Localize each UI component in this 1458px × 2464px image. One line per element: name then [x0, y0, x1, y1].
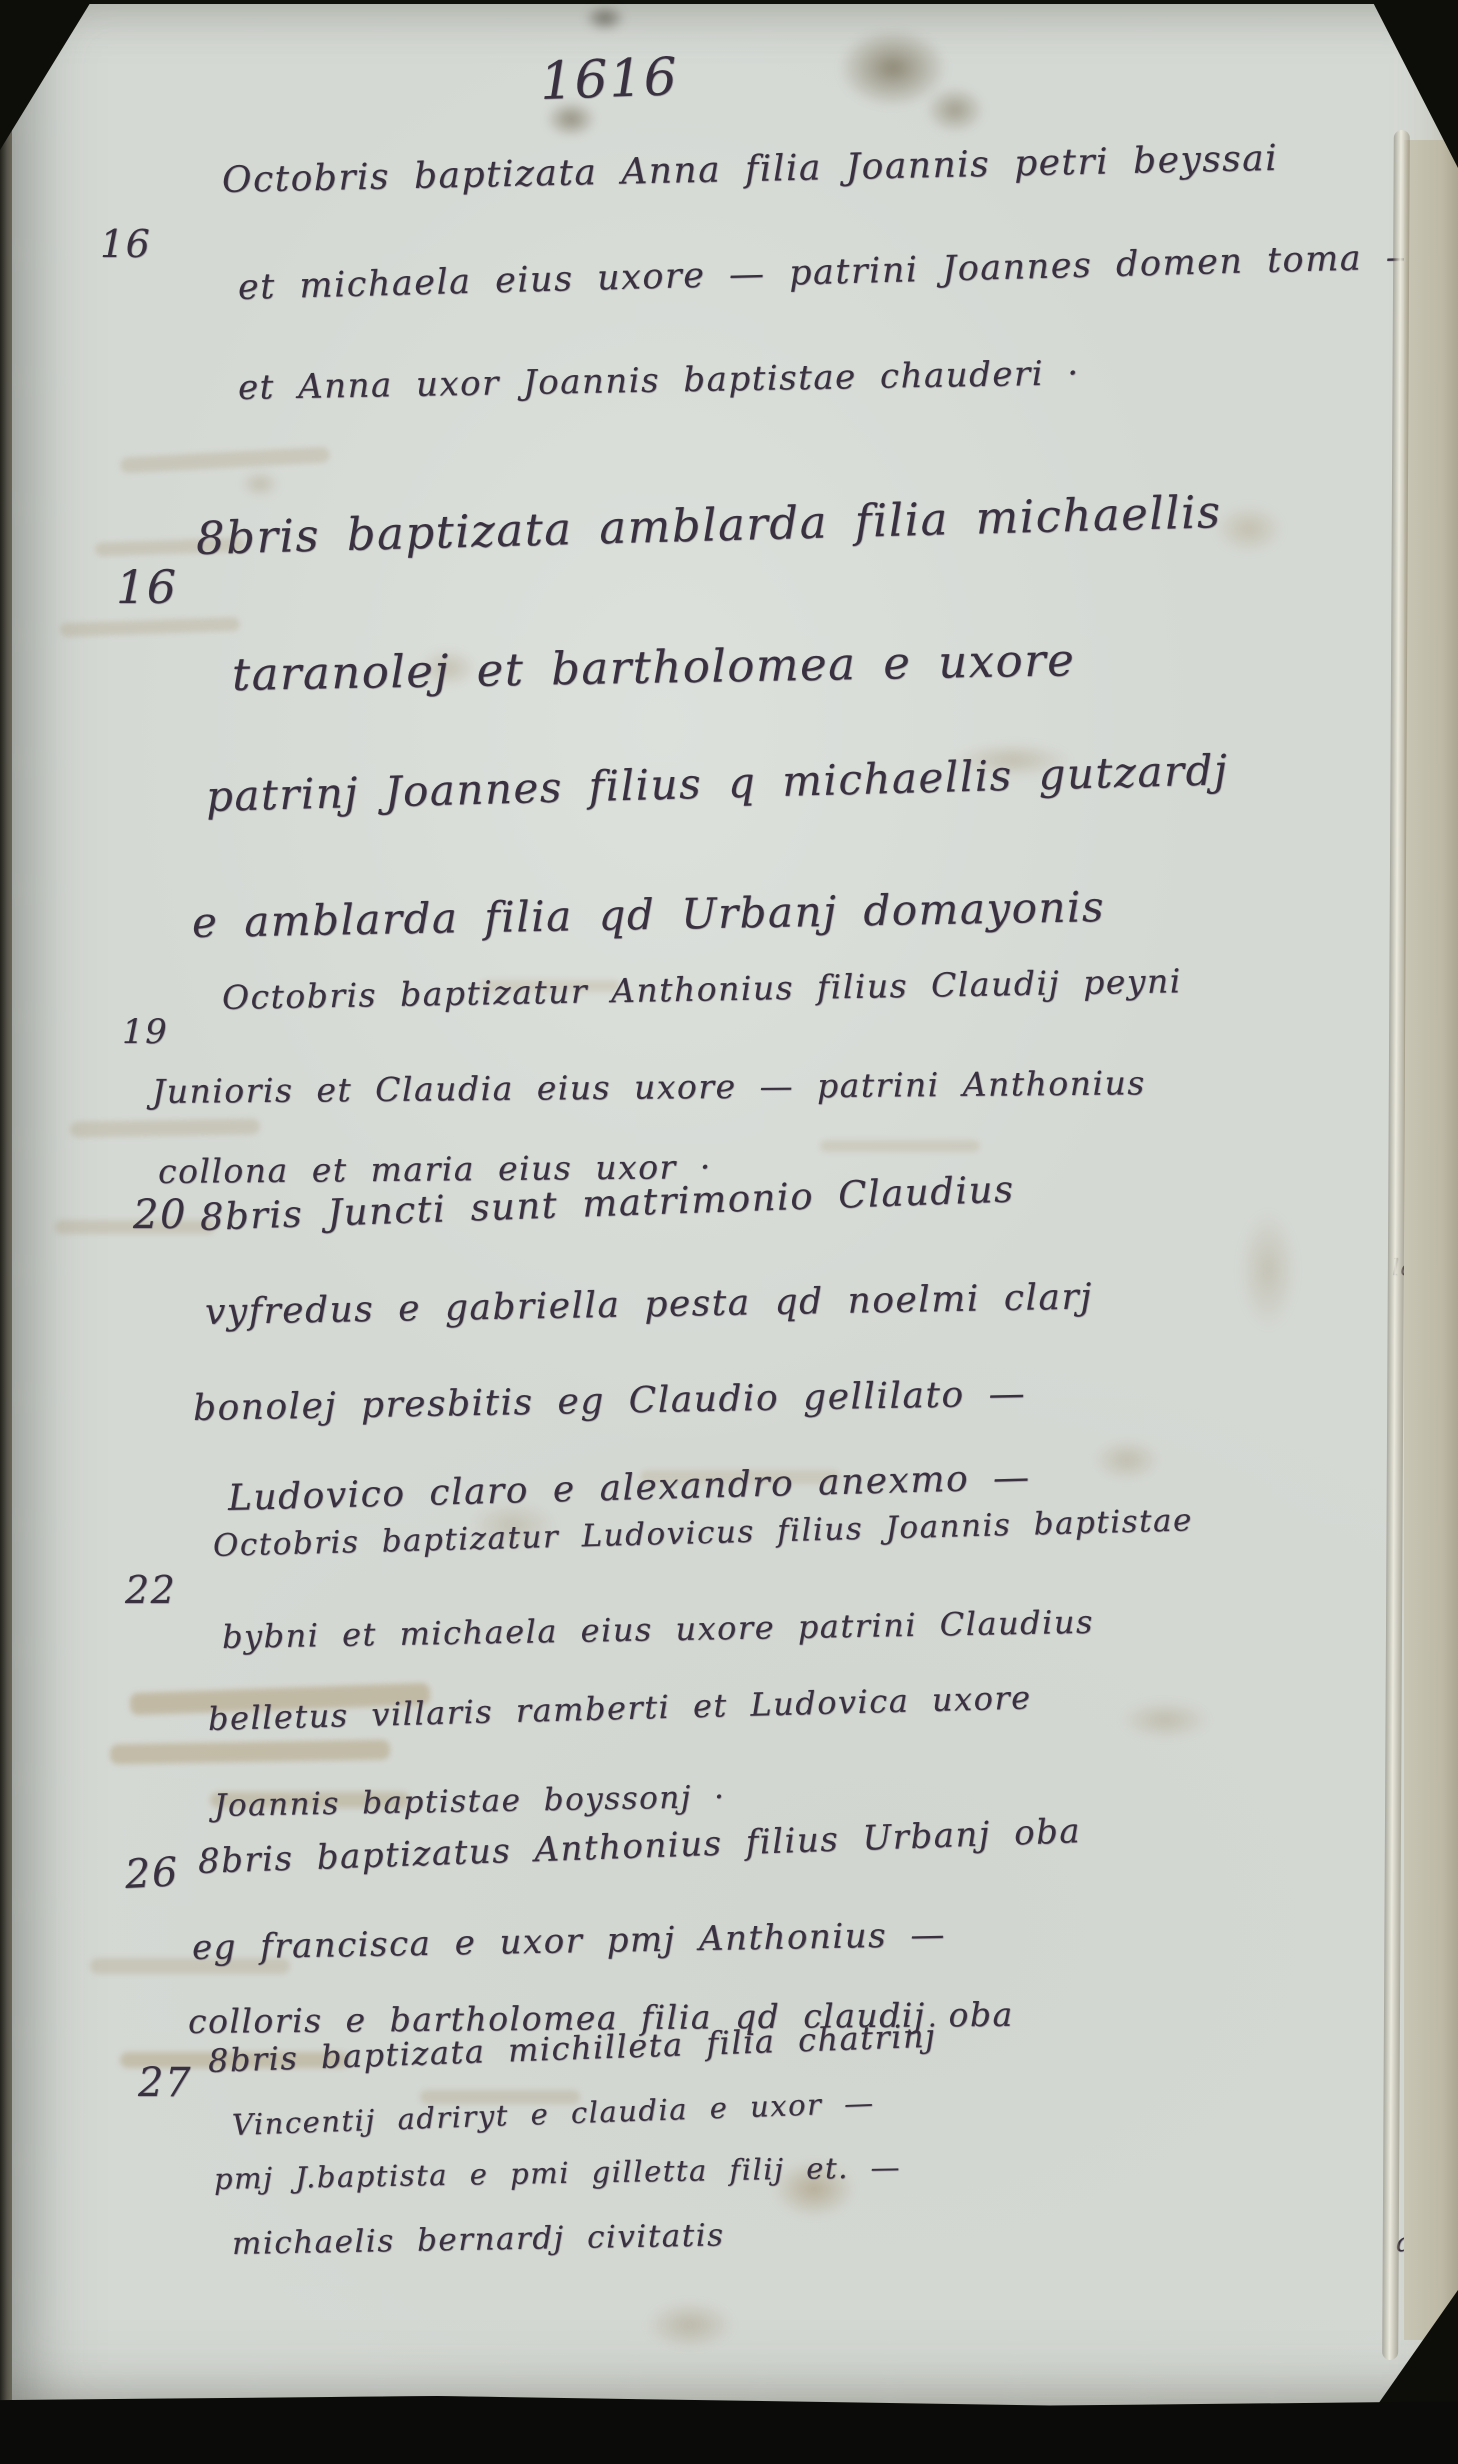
entry-margin-number: 26 — [124, 1849, 180, 1898]
entry-margin-number: 16 — [116, 560, 178, 614]
entry-margin-number: 27 — [138, 2060, 192, 2106]
binding-strip — [0, 0, 12, 2464]
bottom-shadow-band — [0, 2396, 1458, 2464]
entry-margin-number: 22 — [125, 1568, 176, 1612]
entry-margin-number: 19 — [122, 1012, 168, 1052]
bleed-mark — [70, 1118, 260, 1137]
bleed-mark — [820, 1140, 980, 1152]
stain — [1238, 1210, 1298, 1330]
year-heading: 1616 — [539, 47, 679, 112]
fore-edge-pages — [1404, 140, 1458, 2340]
stain — [240, 470, 280, 498]
manuscript-photo: 1616 16 Octobris baptizata Anna filia Jo… — [0, 0, 1458, 2464]
entry-margin-number: 16 — [100, 222, 151, 266]
stain — [645, 2300, 735, 2350]
stain — [1092, 1438, 1162, 1482]
entry-margin-number: 20 — [133, 1192, 187, 1238]
stain — [1120, 1700, 1210, 1740]
stain — [1214, 504, 1284, 554]
stain — [925, 86, 985, 134]
stain — [584, 4, 626, 32]
